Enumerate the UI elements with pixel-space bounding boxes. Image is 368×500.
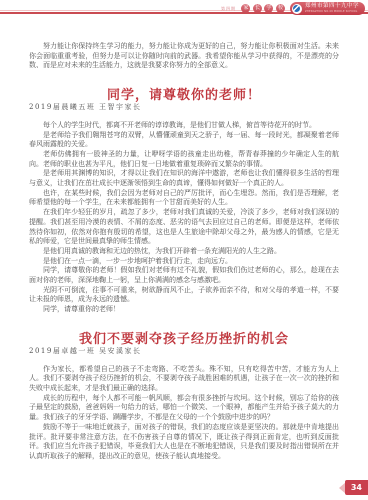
paragraph: 也许，在某些时候，我们会因为老师对自己的严厉批评，而心生埋怨。然而，我们是否理解… — [29, 189, 339, 208]
page-number-tab: 34 — [339, 480, 368, 495]
school-name-block: 郑州市第四十九中学 ZHENGZHOU NO.49 MIDDLE SCHOOL — [305, 4, 359, 14]
article2-title: 我们不要剥夺孩子经历挫折的机会 — [29, 333, 339, 347]
article1-title: 同学，请尊敬你的老师！ — [29, 89, 339, 103]
paragraph: 光阴不可倒流，往事不可重来，树欲静而风不止，子欲养而亲不待，和对父母的孝道一样，… — [29, 286, 339, 305]
paragraph: 同学，请尊敬你的老师！假如我们对老师有过不礼貌，假如我们伤过老师的心，那么，趁现… — [29, 266, 339, 285]
issue-label: 第四期 — [221, 6, 236, 12]
page-number: 34 — [345, 480, 368, 495]
header-badge: 长 — [253, 4, 262, 13]
article1-byline: 2019届晨曦五班 王智宇家长 — [29, 103, 339, 113]
article2-byline: 2019届卓越一班 吴安溪家长 — [29, 347, 339, 357]
paragraph: 同学，请尊重你的老师！ — [29, 305, 339, 315]
paragraph: 是他们在一点一滴，一步一步地呵护着我们行走，走向远方。 — [29, 257, 339, 267]
paragraph: 成长的历程中，每个人都不可能一帆风顺，都会有很多挫折与坎坷。这个时候，别忘了给你… — [29, 394, 339, 423]
paragraph: 努力能让你保持终生学习的能力，努力能让你成为更好的自己，努力能让你积极面对生活。… — [29, 42, 339, 71]
header-badge: 家 — [241, 4, 250, 13]
school-name-english: ZHENGZHOU NO.49 MIDDLE SCHOOL — [305, 11, 359, 14]
header-badge: 学 — [264, 4, 273, 13]
page-header: 第四期 家 长 学 校 郑州市第四十九中学 ZHENGZHOU NO.49 MI… — [221, 2, 365, 15]
paragraph: 作为家长，都希望自己的孩子不走弯路、不吃苦头。殊不知，只有吃得苦中苦，才能方为人… — [29, 365, 339, 394]
paragraph: 是他们用真诚的教诲和无边的热忱，为我们开辟着一条充满阳光的人生之路。 — [29, 247, 339, 257]
intro-block: 努力能让你保持终生学习的能力，努力能让你成为更好的自己，努力能让你积极面对生活。… — [29, 42, 339, 71]
school-logo-icon — [292, 4, 302, 14]
paragraph: 在我们年少轻狂的岁月，疏忽了多少，老师对我们真诚的关爱，冷淡了多少，老师对我们深… — [29, 208, 339, 247]
school-name: 郑州市第四十九中学 — [305, 4, 359, 10]
page-content: 努力能让你保持终生学习的能力，努力能让你成为更好的自己，努力能让你积极面对生活。… — [29, 30, 339, 462]
paragraph: 每个人的学生时代，都离不开老师的谆谆教诲，是他们甘做人梯，俯首等待花开的时节。 — [29, 121, 339, 131]
school-banner: 郑州市第四十九中学 ZHENGZHOU NO.49 MIDDLE SCHOOL — [290, 2, 365, 15]
paragraph: 鼓励不等于一味地迁就孩子，面对孩子的错误，我们的态度应该是更坚决的。那就是中肯地… — [29, 423, 339, 462]
paragraph: 是老师给予我们翱翔苍穹的双臂，从懵懂顽童到天之骄子，每一届、每一段时光，都凝聚着… — [29, 131, 339, 150]
paragraph: 是老师用其渊博的知识，才得以让我们在知识的海洋中遨游，老师也让我们懂得很多生活的… — [29, 169, 339, 188]
header-badge: 校 — [276, 4, 285, 13]
paragraph: 老师仿佛拥有一股神圣的力量，让咿呀学语的孩童走出幼稚，帮青春莽撞的少年确定人生的… — [29, 150, 339, 169]
magazine-page: 第四期 家 长 学 校 郑州市第四十九中学 ZHENGZHOU NO.49 MI… — [0, 0, 368, 500]
article2-body: 作为家长，都希望自己的孩子不走弯路、不吃苦头。殊不知，只有吃得苦中苦，才能方为人… — [29, 365, 339, 462]
article1-body: 每个人的学生时代，都离不开老师的谆谆教诲，是他们甘做人梯，俯首等待花开的时节。 … — [29, 121, 339, 315]
